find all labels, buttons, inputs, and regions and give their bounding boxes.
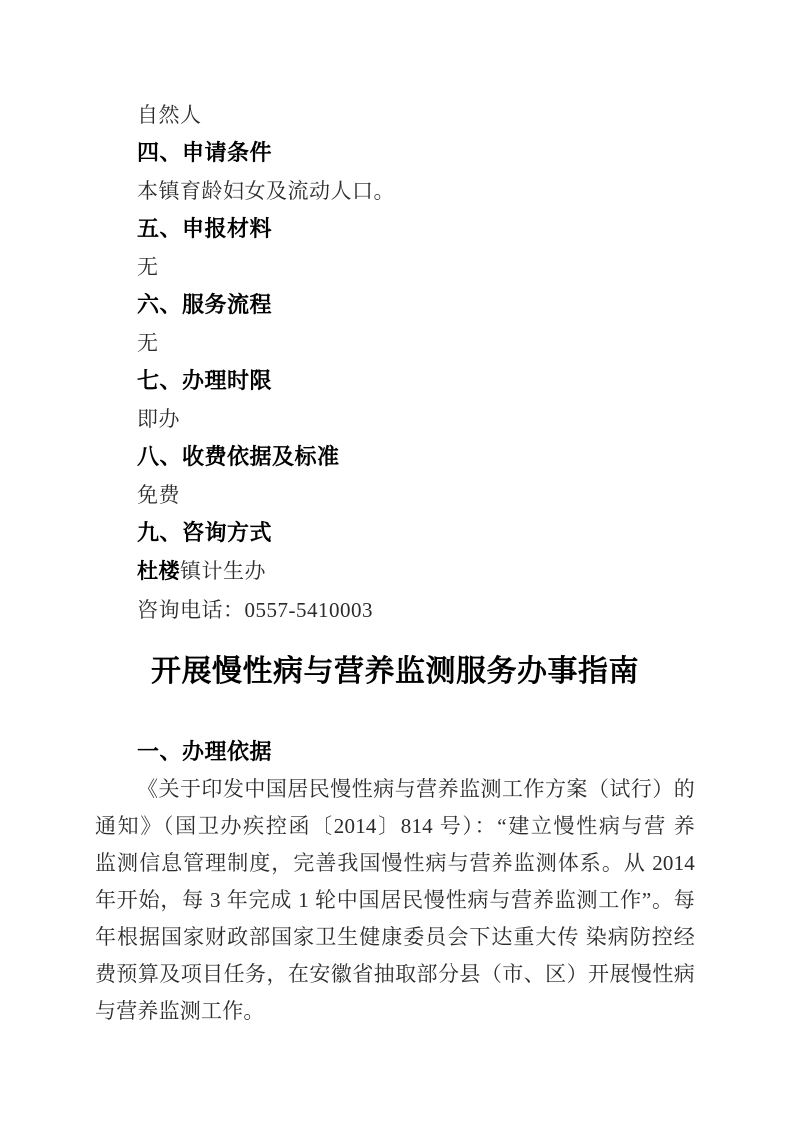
basis-paragraph-line: 年根据国家财政部国家卫生健康委员会下达重大传 染病防控经	[95, 919, 695, 956]
section-heading-conditions: 四、申请条件	[95, 134, 695, 172]
basis-paragraph-line: 与营养监测工作。	[95, 993, 695, 1030]
service-guide-list: 自然人 四、申请条件 本镇育龄妇女及流动人口。 五、申报材料 无 六、服务流程 …	[95, 96, 695, 629]
contact-office-town: 杜楼	[137, 560, 180, 583]
contact-office-rest: 镇计生办	[180, 559, 266, 583]
page-content: 自然人 四、申请条件 本镇育龄妇女及流动人口。 五、申报材料 无 六、服务流程 …	[0, 0, 793, 1030]
fees-text: 免费	[95, 476, 695, 514]
basis-paragraph-line: 《关于印发中国居民慢性病与营养监测工作方案（试行）的	[95, 771, 695, 808]
section-heading-basis: 一、办理依据	[95, 733, 695, 771]
applicant-type-text: 自然人	[95, 96, 695, 134]
contact-office-text: 杜楼镇计生办	[95, 552, 695, 591]
basis-paragraph-line: 年开始，每 3 年完成 1 轮中国居民慢性病与营养监测工作”。每	[95, 882, 695, 919]
section-heading-fees: 八、收费依据及标准	[95, 438, 695, 476]
section-heading-contact: 九、咨询方式	[95, 514, 695, 552]
document-title: 开展慢性病与营养监测服务办事指南	[95, 649, 695, 695]
time-limit-text: 即办	[95, 400, 695, 438]
basis-paragraph-line: 费预算及项目任务，在安徽省抽取部分县（市、区）开展慢性病	[95, 956, 695, 993]
contact-phone-text: 咨询电话：0557-5410003	[95, 591, 695, 629]
section-heading-process: 六、服务流程	[95, 286, 695, 324]
basis-section: 一、办理依据 《关于印发中国居民慢性病与营养监测工作方案（试行）的 通知》（国卫…	[95, 733, 695, 1030]
basis-paragraph-line: 通知》（国卫办疾控函〔2014〕814 号）：“建立慢性病与营 养	[95, 808, 695, 845]
section-heading-materials: 五、申报材料	[95, 210, 695, 248]
basis-paragraph-line: 监测信息管理制度，完善我国慢性病与营养监测体系。从 2014	[95, 845, 695, 882]
document-page: 自然人 四、申请条件 本镇育龄妇女及流动人口。 五、申报材料 无 六、服务流程 …	[0, 0, 793, 1122]
process-text: 无	[95, 324, 695, 362]
materials-text: 无	[95, 248, 695, 286]
conditions-text: 本镇育龄妇女及流动人口。	[95, 172, 695, 210]
section-heading-time-limit: 七、办理时限	[95, 362, 695, 400]
